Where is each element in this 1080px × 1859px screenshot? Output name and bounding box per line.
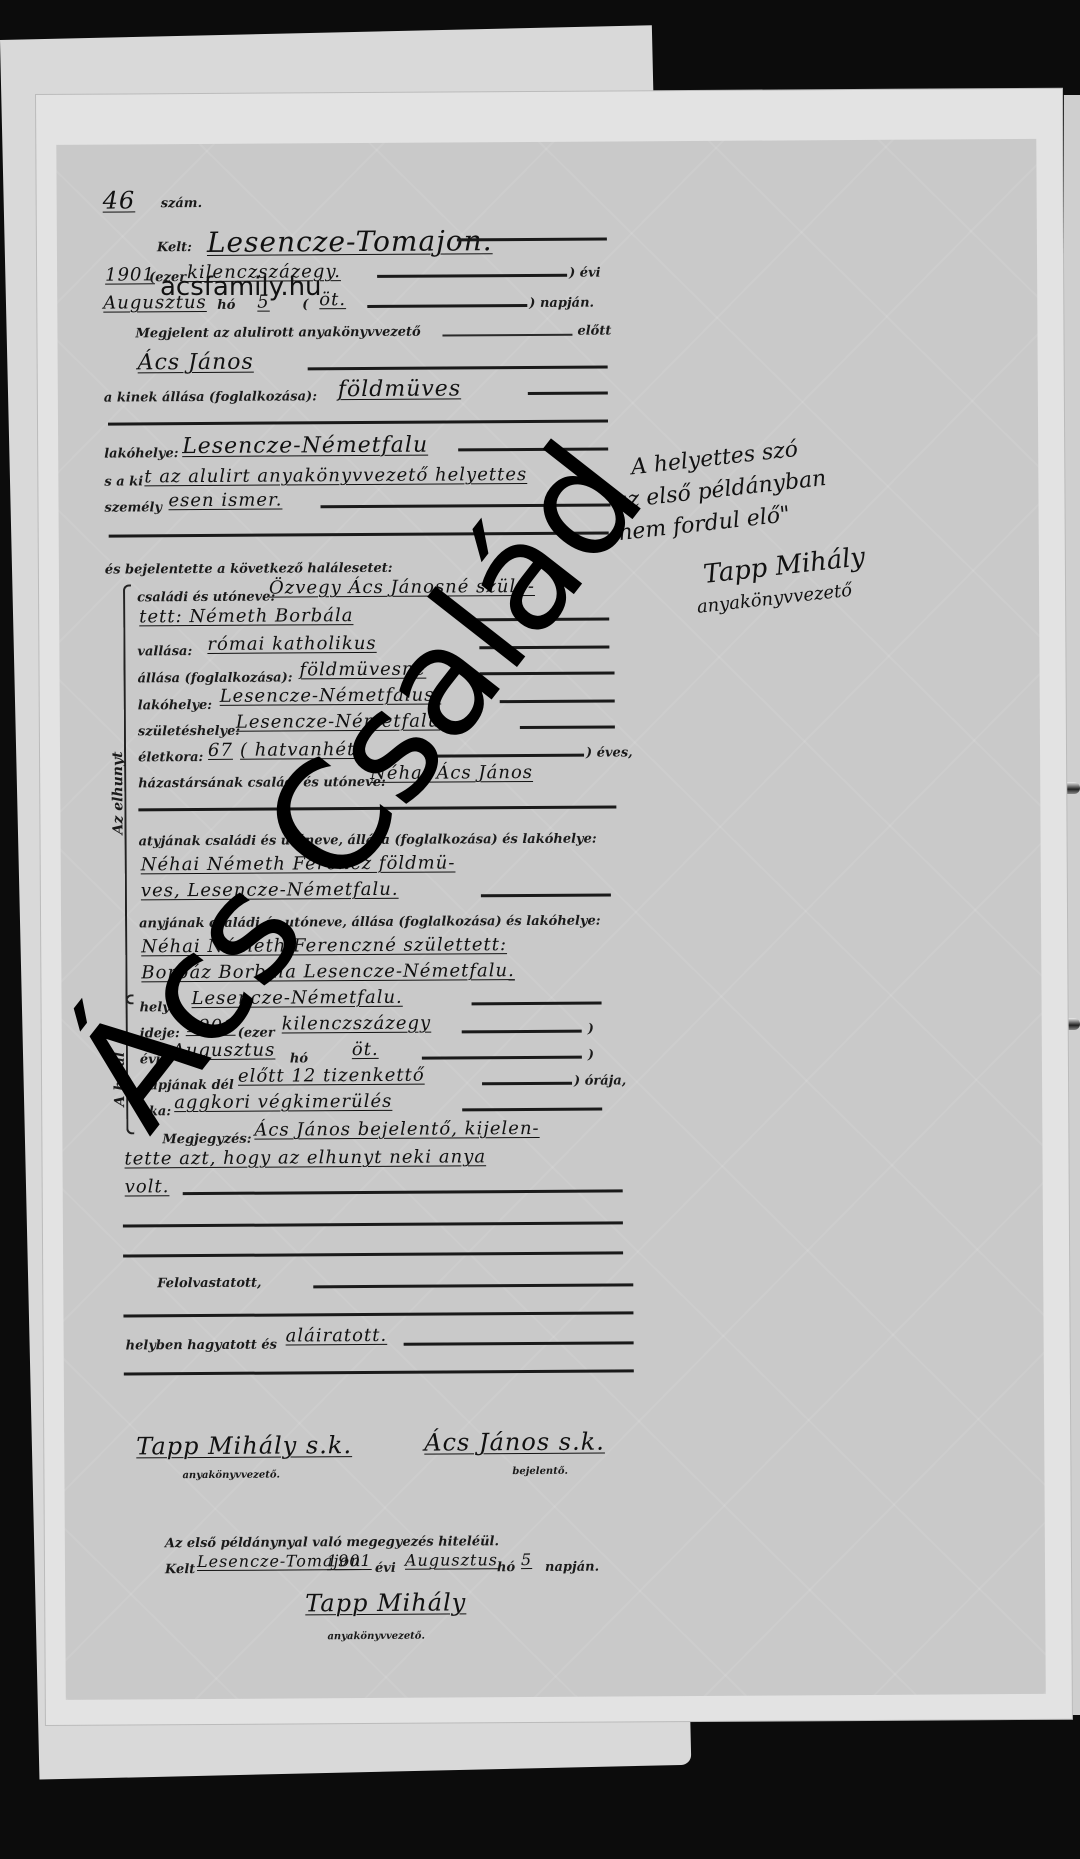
declarant-label: bejelentő.: [512, 1466, 568, 1477]
fill-line: [404, 1341, 634, 1345]
fill-line: [462, 1030, 582, 1034]
registrar-signature: Tapp Mihály s.k.: [136, 1431, 352, 1460]
fill-line: [313, 1283, 633, 1288]
remarks-line-3: volt.: [125, 1176, 170, 1197]
cert-signer-label: anyakönyvvezető.: [327, 1631, 425, 1643]
oraja-label: ) órája,: [574, 1073, 626, 1088]
fill-line: [124, 1369, 634, 1375]
deceased-name-2: tett: Németh Borbála: [139, 605, 353, 627]
cert-day: 5: [521, 1550, 532, 1569]
ki-value: t az alulirt anyakönyvvezető helyettes: [144, 464, 527, 487]
allasa-deceased-label: állása (foglalkozása):: [138, 670, 293, 686]
szuletes-label: születéshelye:: [138, 724, 240, 740]
cert-napjan-label: napján.: [545, 1560, 599, 1575]
szemely-label: személy: [104, 500, 162, 515]
lakohelye-label: lakóhelye:: [104, 446, 178, 461]
nev-label: családi és utóneve:: [137, 590, 275, 606]
fill-line: [183, 1189, 623, 1195]
kelt-label: Kelt:: [157, 240, 192, 255]
fill-line: [472, 1002, 602, 1006]
fill-line: [520, 725, 615, 729]
eves-label: ) éves,: [586, 745, 633, 760]
fill-line: [123, 1311, 633, 1317]
death-report-intro: és bejelentette a következő halálesetet:: [105, 561, 393, 578]
fill-line: [462, 1108, 602, 1112]
evi-ho: hó: [290, 1051, 308, 1066]
helyben-label: helyben hagyatott és: [126, 1338, 277, 1354]
eletkora-label: életkora:: [138, 750, 203, 765]
record-number: 46: [103, 186, 136, 214]
number-label: szám.: [161, 196, 202, 211]
website-watermark: acsfamily.hu: [160, 272, 322, 302]
fill-line: [308, 366, 608, 371]
felolvastatott-label: Felolvastatott,: [157, 1276, 261, 1292]
vallasa-label: vallása:: [137, 644, 192, 659]
fill-line: [442, 334, 572, 337]
fill-line: [123, 1221, 623, 1227]
declarant-name: Ács János: [138, 350, 254, 376]
szemely-value: esen ismer.: [168, 490, 282, 512]
elott-label: előtt: [577, 323, 611, 338]
lakohelye-deceased-label: lakóhelye:: [138, 698, 212, 713]
fill-line: [457, 238, 607, 242]
cert-evi-label: évi: [375, 1561, 396, 1576]
remarks-line-1: Ács János bejelentő, kijelen-: [254, 1118, 539, 1141]
cert-ho-label: hó: [497, 1560, 515, 1575]
cert-signature: Tapp Mihály: [305, 1588, 466, 1617]
fill-line: [123, 1251, 623, 1257]
declarant-occupation: földmüves: [338, 376, 461, 402]
cert-year: 1901: [327, 1551, 372, 1570]
kelt-place: Lesencze-Tomajon.: [207, 224, 493, 259]
fill-line: [482, 1082, 572, 1086]
deceased-side-label: Az elhunyt: [110, 751, 127, 834]
allasa-label: a kinek állása (foglalkozása):: [104, 389, 317, 405]
fill-line: [528, 392, 608, 395]
day-words: öt.: [319, 289, 346, 310]
fill-line: [481, 894, 611, 898]
declarant-residence: Lesencze-Németfalu: [182, 433, 428, 460]
close-paren: ): [588, 1048, 594, 1063]
cert-kelt-label: Kelt: [165, 1562, 195, 1577]
fill-line: [377, 274, 567, 278]
helyben-value: aláiratott.: [286, 1325, 388, 1347]
cert-month: Augusztus: [405, 1550, 498, 1570]
year-number: 1901: [105, 264, 155, 285]
megjelent-label: Megjelent az alulirott anyakönyvvezető: [135, 325, 420, 342]
napjan-label: ) napján.: [529, 296, 594, 311]
eletkora-number: 67: [208, 740, 233, 761]
evi-label: ) évi: [569, 266, 601, 281]
napjanak-value: előtt 12 tizenkettő: [238, 1065, 425, 1087]
registrar-label: anyakönyvvezető.: [182, 1470, 280, 1482]
ideje-words: kilenczszázegy: [282, 1013, 432, 1035]
certification-text: Az első példánynyal való megegyezés hite…: [165, 1534, 499, 1551]
evi-day: öt.: [352, 1039, 379, 1060]
fill-line: [422, 1056, 582, 1060]
ki-label: s a ki: [104, 474, 143, 489]
close-paren: ): [588, 1022, 594, 1037]
fill-line: [367, 304, 527, 308]
vallasa-value: római katholikus: [207, 633, 376, 655]
declarant-signature: Ács János s.k.: [424, 1428, 605, 1457]
